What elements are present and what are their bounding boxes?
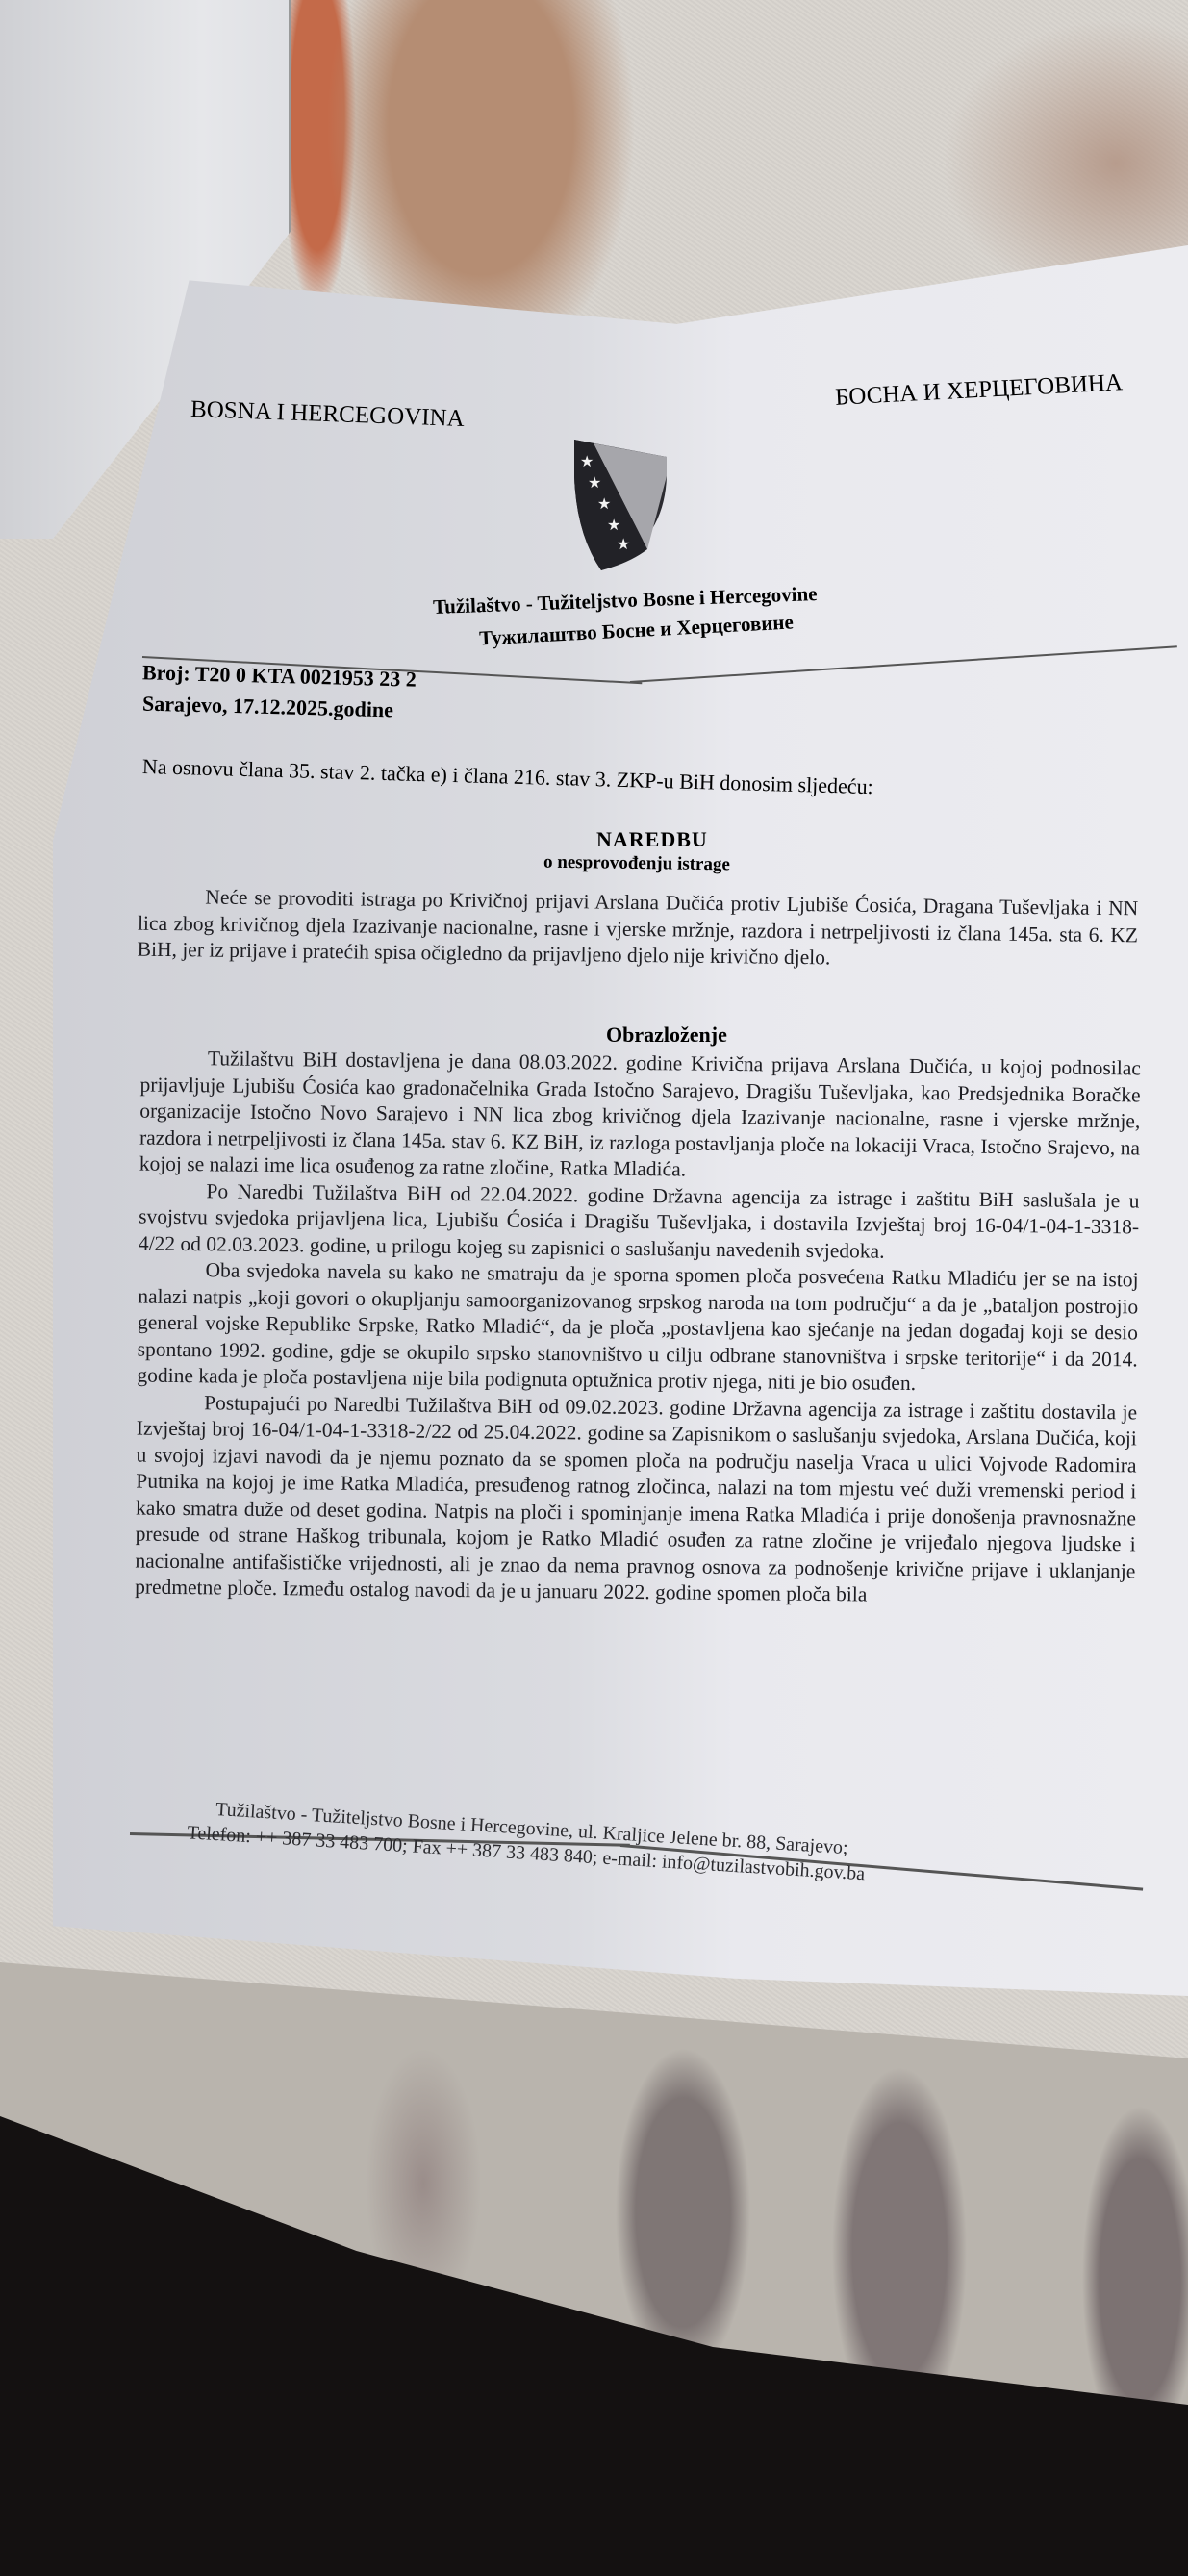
svg-text:★: ★	[617, 537, 630, 553]
reasoning-paragraph-2: Po Naredbi Tužilaštva BiH od 22.04.2022.…	[139, 1177, 1140, 1267]
svg-text:★: ★	[588, 475, 601, 492]
reasoning-paragraph-1: Tužilaštvu BiH dostavljena je dana 08.03…	[139, 1046, 1141, 1188]
order-title: NAREDBU	[596, 827, 708, 852]
svg-text:★: ★	[607, 518, 620, 534]
reasoning-body: Tužilaštvu BiH dostavljena je dana 08.03…	[135, 1046, 1141, 1611]
reasoning-paragraph-3: Oba svjedoka navela su kako ne smatraju …	[137, 1257, 1138, 1400]
reasoning-paragraph-4: Postupajući po Naredbi Tužilaštva BiH od…	[135, 1389, 1137, 1611]
order-operative-text: Neće se provoditi istraga po Krivičnoj p…	[138, 884, 1139, 975]
operative-paragraph: Neće se provoditi istraga po Krivičnoj p…	[138, 884, 1139, 975]
order-subtitle: o nesprovođenju istrage	[543, 852, 730, 876]
svg-text:★: ★	[597, 496, 611, 513]
svg-text:★: ★	[580, 454, 594, 470]
bih-coat-of-arms-icon: ★ ★ ★ ★ ★	[572, 438, 669, 572]
reasoning-title: Obrazloženje	[606, 1023, 727, 1048]
